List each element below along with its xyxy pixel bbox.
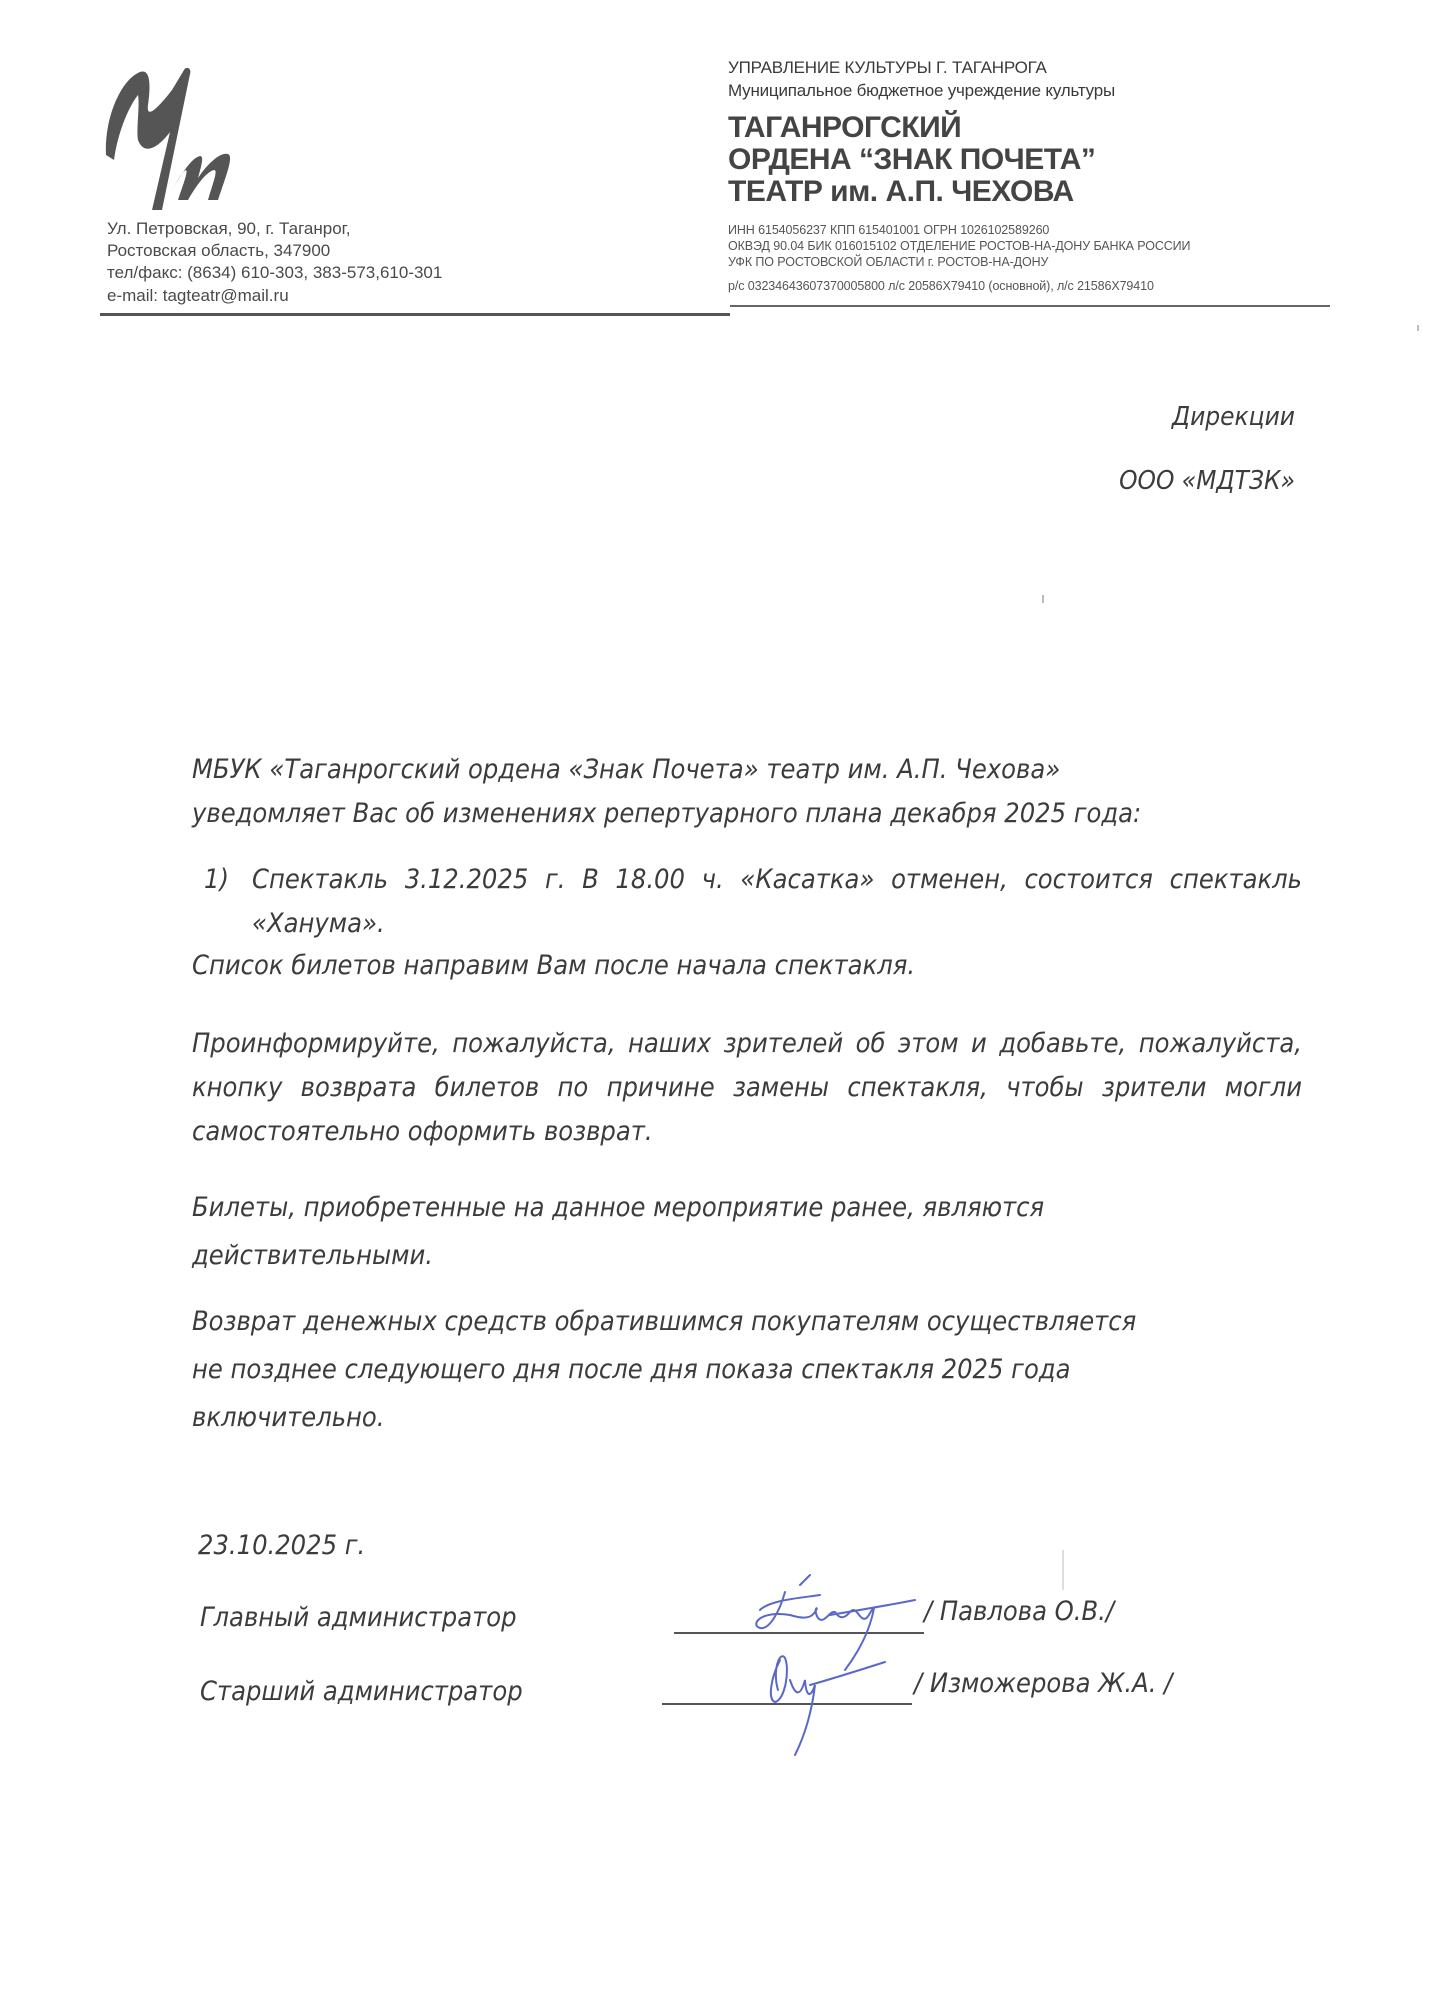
signatory-name-pavlova: / Павлова О.В./	[924, 1596, 1114, 1627]
theatre-name-line-2: ОРДЕНА “ЗНАК ПОЧЕТА”	[728, 144, 1095, 176]
theatre-monogram-icon	[100, 60, 250, 215]
ticket-list-note: Список билетов направим Вам после начала…	[192, 944, 1302, 988]
request-paragraph: Проинформируйте, пожалуйста, наших зрите…	[192, 1022, 1302, 1154]
addressee-directorate: Дирекции	[1172, 402, 1295, 432]
list-item-text: Спектакль 3.12.2025 г. В 18.00 ч. «Касат…	[252, 858, 1302, 946]
scan-artifact	[1042, 595, 1044, 603]
theatre-logo	[100, 60, 250, 215]
requisites-okved: ОКВЭД 90.04 БИК 016015102 ОТДЕЛЕНИЕ РОСТ…	[728, 238, 1190, 254]
theatre-name-line-3: ТЕАТР им. А.П. ЧЕХОВА	[728, 176, 1074, 208]
phone-fax: тел/факс: (8634) 610-303, 383-573,610-30…	[107, 262, 442, 283]
authority-name: УПРАВЛЕНИЕ КУЛЬТУРЫ Г. ТАГАНРОГА	[728, 58, 1047, 78]
intro-line-1: МБУК «Таганрогский ордена «Знак Почета» …	[192, 748, 1302, 792]
email-link[interactable]: e-mail: tagteatr@mail.ru	[107, 285, 289, 306]
theatre-name-line-1: ТАГАНРОГСКИЙ	[728, 112, 961, 144]
refund-line-1: Возврат денежных средств обратившимся по…	[192, 1300, 1302, 1344]
validity-line-1: Билеты, приобретенные на данное мероприя…	[192, 1186, 1302, 1230]
addressee-company: ООО «МДТЗК»	[1119, 466, 1295, 496]
letter-date: 23.10.2025 г.	[198, 1530, 365, 1561]
scan-artifact	[1417, 325, 1419, 331]
institution-type: Муниципальное бюджетное учреждение культ…	[728, 81, 1115, 101]
validity-line-2: действительными.	[192, 1234, 1302, 1278]
requisites-ufk: УФК ПО РОСТОВСКОЙ ОБЛАСТИ г. РОСТОВ-НА-Д…	[728, 254, 1048, 270]
address-region: Ростовская область, 347900	[107, 240, 330, 261]
requisites-inn: ИНН 6154056237 КПП 615401001 ОГРН 102610…	[728, 222, 1049, 238]
refund-line-3: включительно.	[192, 1396, 1302, 1440]
scan-artifact	[1062, 1550, 1064, 1590]
refund-line-2: не позднее следующего дня после дня пока…	[192, 1348, 1302, 1392]
signatory-name-izmozherova: / Изможерова Ж.А. /	[914, 1668, 1172, 1699]
letterhead-divider-left	[100, 313, 730, 316]
signature-izmozherova-icon	[750, 1640, 910, 1760]
letterhead-divider-right	[730, 305, 1330, 307]
position-senior-administrator: Старший администратор	[200, 1676, 523, 1707]
requisites-account: р/с 03234643607370005800 л/с 20586Х79410…	[728, 278, 1154, 294]
list-item-number: 1)	[204, 864, 229, 895]
address-line: Ул. Петровская, 90, г. Таганрог,	[107, 218, 351, 239]
position-chief-administrator: Главный администратор	[200, 1602, 517, 1633]
intro-line-2: уведомляет Вас об изменениях репертуарно…	[192, 792, 1302, 836]
